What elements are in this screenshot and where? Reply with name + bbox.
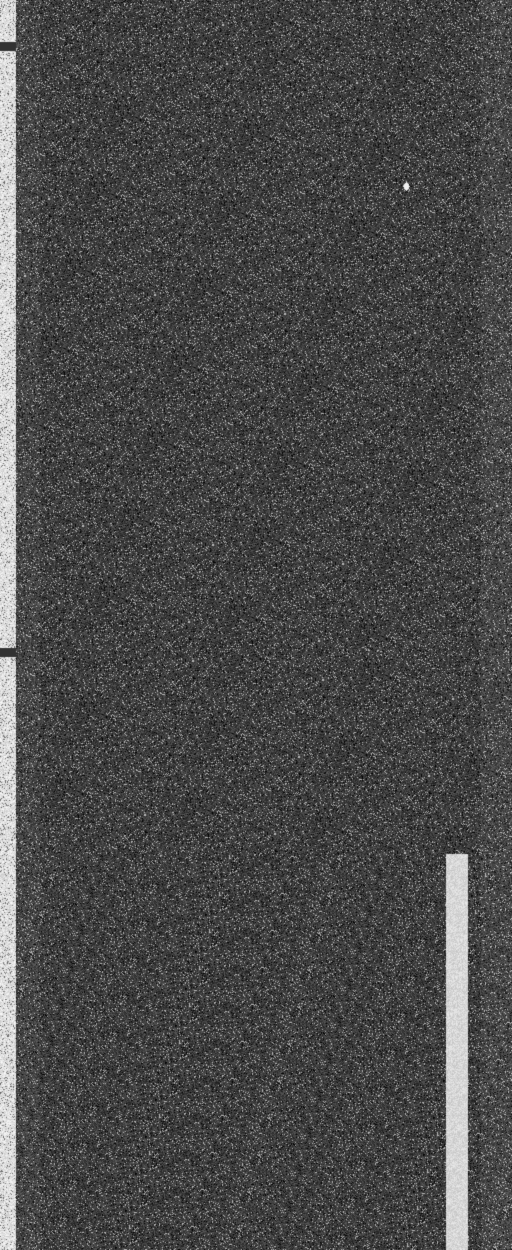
asphalt-texture <box>0 0 512 1250</box>
road-asphalt-scene: Top-down grayscale view of asphalt road … <box>0 0 512 1250</box>
